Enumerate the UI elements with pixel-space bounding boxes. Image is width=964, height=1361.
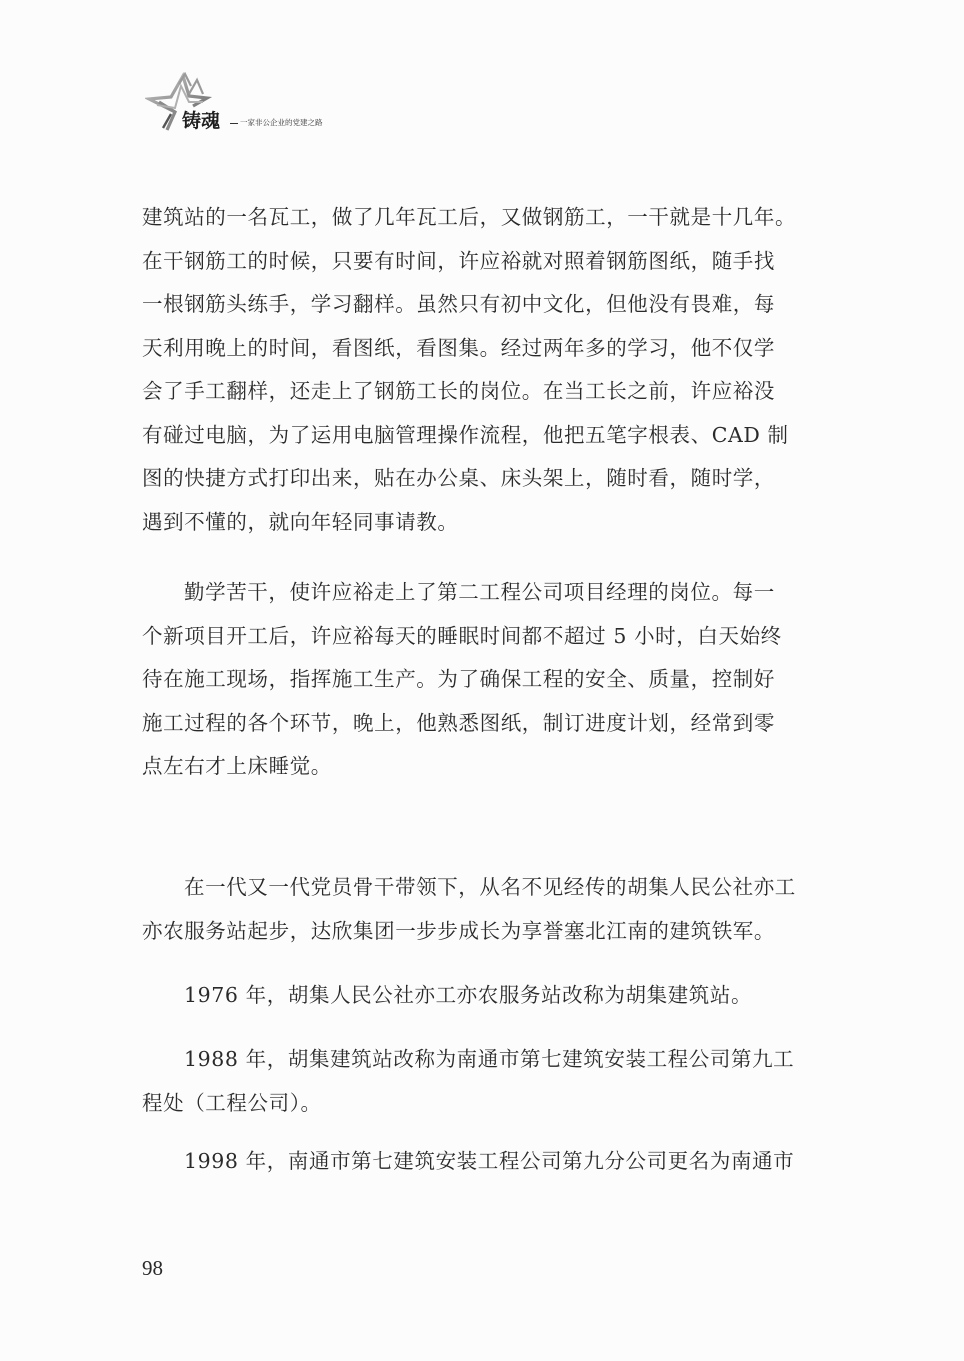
text-line: 个新项目开工后，许应裕每天的睡眠时间都不超过 5 小时，白天始终 [142, 615, 797, 659]
text-line: 施工过程的各个环节，晚上，他熟悉图纸，制订进度计划，经常到零 [142, 702, 797, 746]
paragraph-2: 勤学苦干，使许应裕走上了第二工程公司项目经理的岗位。每一 个新项目开工后，许应裕… [142, 571, 797, 789]
page-number: 98 [142, 1256, 163, 1281]
paragraph-5: 1988 年，胡集建筑站改称为南通市第七建筑安装工程公司第九工 程处（工程公司）… [142, 1038, 797, 1125]
text-line: 1998 年，南通市第七建筑安装工程公司第九分公司更名为南通市 [142, 1140, 797, 1184]
book-page: 铸魂 一家非公企业的党建之路 建筑站的一名瓦工，做了几年瓦工后，又做钢筋工，一干… [0, 0, 964, 1361]
text-line: 点左右才上床睡觉。 [142, 745, 797, 789]
paragraph-4: 1976 年，胡集人民公社亦工亦农服务站改称为胡集建筑站。 [142, 974, 797, 1018]
text-line: 1976 年，胡集人民公社亦工亦农服务站改称为胡集建筑站。 [142, 974, 797, 1018]
logo-subtitle-text: 一家非公企业的党建之路 [240, 118, 323, 127]
text-line: 待在施工现场，指挥施工生产。为了确保工程的安全、质量，控制好 [142, 658, 797, 702]
text-line: 一根钢筋头练手，学习翻样。虽然只有初中文化，但他没有畏难，每 [142, 283, 797, 327]
running-header: 铸魂 一家非公企业的党建之路 [145, 72, 405, 136]
dash-divider [230, 123, 238, 124]
text-line: 遇到不懂的，就向年轻同事请教。 [142, 501, 797, 545]
text-line: 建筑站的一名瓦工，做了几年瓦工后，又做钢筋工，一干就是十几年。 [142, 196, 797, 240]
text-line: 有碰过电脑，为了运用电脑管理操作流程，他把五笔字根表、CAD 制 [142, 414, 797, 458]
text-line: 会了手工翻样，还走上了钢筋工长的岗位。在当工长之前，许应裕没 [142, 370, 797, 414]
paragraph-6: 1998 年，南通市第七建筑安装工程公司第九分公司更名为南通市 [142, 1140, 797, 1184]
logo-title: 铸魂 [182, 110, 220, 132]
text-line: 勤学苦干，使许应裕走上了第二工程公司项目经理的岗位。每一 [142, 571, 797, 615]
text-line: 天利用晚上的时间，看图纸，看图集。经过两年多的学习，他不仅学 [142, 327, 797, 371]
text-line: 亦农服务站起步，达欣集团一步步成长为享誉塞北江南的建筑铁军。 [142, 910, 797, 954]
paragraph-3: 在一代又一代党员骨干带领下，从名不见经传的胡集人民公社亦工 亦农服务站起步，达欣… [142, 866, 797, 953]
text-line: 在一代又一代党员骨干带领下，从名不见经传的胡集人民公社亦工 [142, 866, 797, 910]
text-line: 图的快捷方式打印出来，贴在办公桌、床头架上，随时看，随时学， [142, 457, 797, 501]
logo-subtitle: 一家非公企业的党建之路 [230, 118, 323, 128]
paragraph-1: 建筑站的一名瓦工，做了几年瓦工后，又做钢筋工，一干就是十几年。 在干钢筋工的时候… [142, 196, 797, 544]
text-line: 1988 年，胡集建筑站改称为南通市第七建筑安装工程公司第九工 [142, 1038, 797, 1082]
text-line: 在干钢筋工的时候，只要有时间，许应裕就对照着钢筋图纸，随手找 [142, 240, 797, 284]
text-line: 程处（工程公司）。 [142, 1082, 797, 1126]
